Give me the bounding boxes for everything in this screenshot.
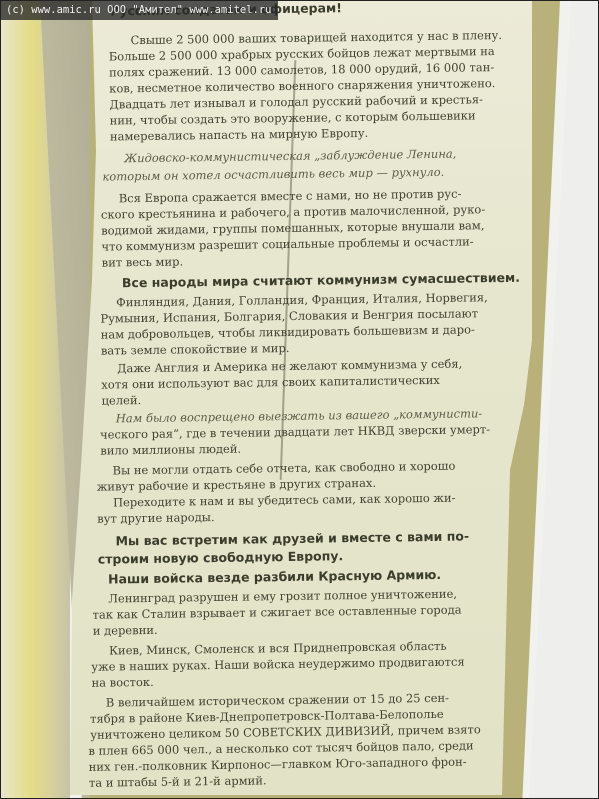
leaflet-line: Жидовско-коммунистическая „заблуждение Л… xyxy=(124,147,456,167)
leaflet-line: которым он хотел осчастливить весь мир —… xyxy=(102,165,444,185)
leaflet-text: Русским солдатам и офицерам!Свыше 2 500 … xyxy=(70,0,551,799)
leaflet-line: вит весь мир. xyxy=(102,254,184,271)
leaflet-line: целей. xyxy=(101,393,141,409)
leaflet-line: хотя они используют вас для своих капита… xyxy=(101,373,440,393)
leaflet-line: вать земле спокойствие и мир. xyxy=(101,341,290,359)
leaflet-line: Мы вас встретим как друзей и вместе с ва… xyxy=(115,528,469,548)
leaflet-line: та и штабы 5-й и 21-й армий. xyxy=(89,773,267,791)
leaflet-line: и деревни. xyxy=(93,623,158,639)
watermark: (c) www.amic.ru ООО "Амител" www.amitel.… xyxy=(0,0,278,20)
leaflet-line: на восток. xyxy=(91,675,153,691)
leaflet-line: намеревались напасть на мирную Европу. xyxy=(110,126,369,145)
leaflet-line: Все народы мира считают коммунизм сумасш… xyxy=(122,270,520,291)
leaflet-line: Наши войска везде разбили Красную Армию. xyxy=(108,567,441,587)
leaflet-line: Вы не могли отдать себе отчета, как своб… xyxy=(112,459,455,479)
leaflet-line: вило миллионы людей. xyxy=(100,442,241,459)
leaflet-line: вут другие народы. xyxy=(97,510,215,527)
leaflet-line: строим новую свободную Европу. xyxy=(98,548,344,567)
